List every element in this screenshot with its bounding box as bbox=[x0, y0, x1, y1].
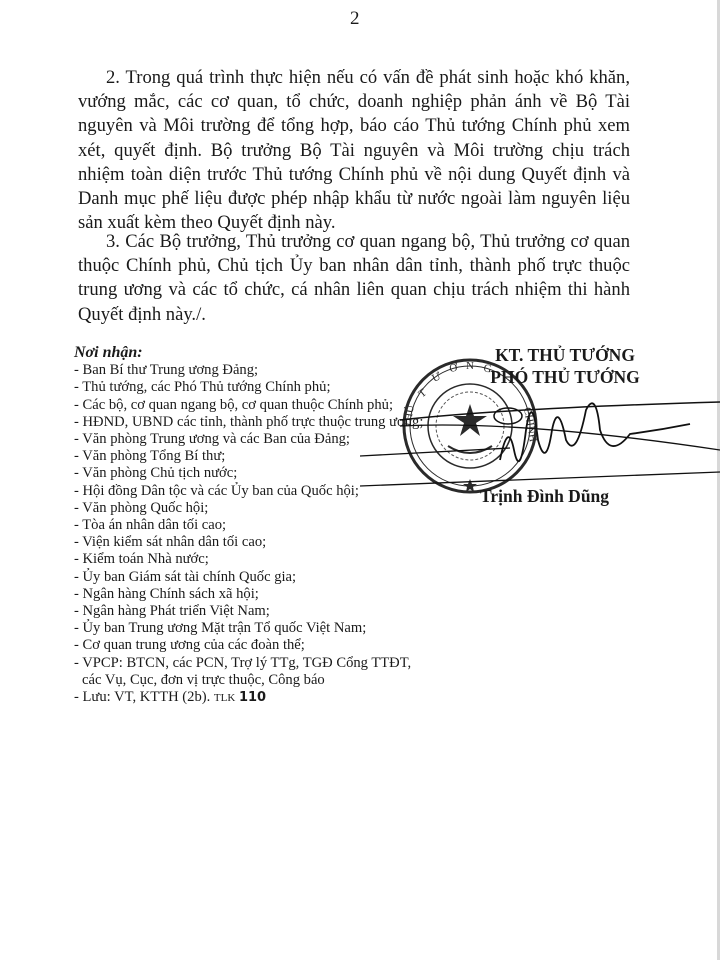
signer-authority: KT. THỦ TƯỚNG bbox=[470, 344, 660, 366]
recipient-item: - Ngân hàng Phát triển Việt Nam; bbox=[74, 603, 474, 620]
recipient-item-continuation: các Vụ, Cục, đơn vị trực thuộc, Công báo bbox=[74, 672, 474, 689]
archive-line: - Lưu: VT, KTTH (2b). TLK 110 bbox=[74, 689, 474, 707]
recipient-item: - Cơ quan trung ương của các đoàn thể; bbox=[74, 637, 474, 654]
recipient-item: - Văn phòng Quốc hội; bbox=[74, 500, 474, 517]
svg-text:Ớ: Ớ bbox=[448, 362, 459, 375]
recipient-item: - VPCP: BTCN, các PCN, Trợ lý TTg, TGĐ C… bbox=[74, 655, 474, 672]
archive-text: - Lưu: VT, KTTH (2b). bbox=[74, 689, 210, 705]
tlk-number: 110 bbox=[239, 690, 266, 705]
svg-text:Ư: Ư bbox=[430, 370, 443, 385]
tlk-label: TLK bbox=[214, 692, 235, 704]
recipient-item: - Tòa án nhân dân tối cao; bbox=[74, 517, 474, 534]
recipient-item: - Viện kiểm sát nhân dân tối cao; bbox=[74, 534, 474, 551]
article-paragraph-3: 3. Các Bộ trưởng, Thủ trưởng cơ quan nga… bbox=[78, 230, 630, 327]
signature-icon bbox=[360, 390, 720, 500]
recipient-item: - Ngân hàng Chính sách xã hội; bbox=[74, 586, 474, 603]
recipient-item: - Ủy ban Trung ương Mặt trận Tổ quốc Việ… bbox=[74, 620, 474, 637]
recipient-item: - Kiểm toán Nhà nước; bbox=[74, 551, 474, 568]
recipient-item: - Ủy ban Giám sát tài chính Quốc gia; bbox=[74, 569, 474, 586]
page-number: 2 bbox=[350, 8, 360, 30]
article-paragraph-2: 2. Trong quá trình thực hiện nếu có vấn … bbox=[78, 66, 630, 235]
signer-name: Trịnh Đình Dũng bbox=[480, 486, 609, 507]
signature-block: KT. THỦ TƯỚNG PHÓ THỦ TƯỚNG bbox=[470, 344, 660, 388]
signer-title: PHÓ THỦ TƯỚNG bbox=[470, 366, 660, 388]
